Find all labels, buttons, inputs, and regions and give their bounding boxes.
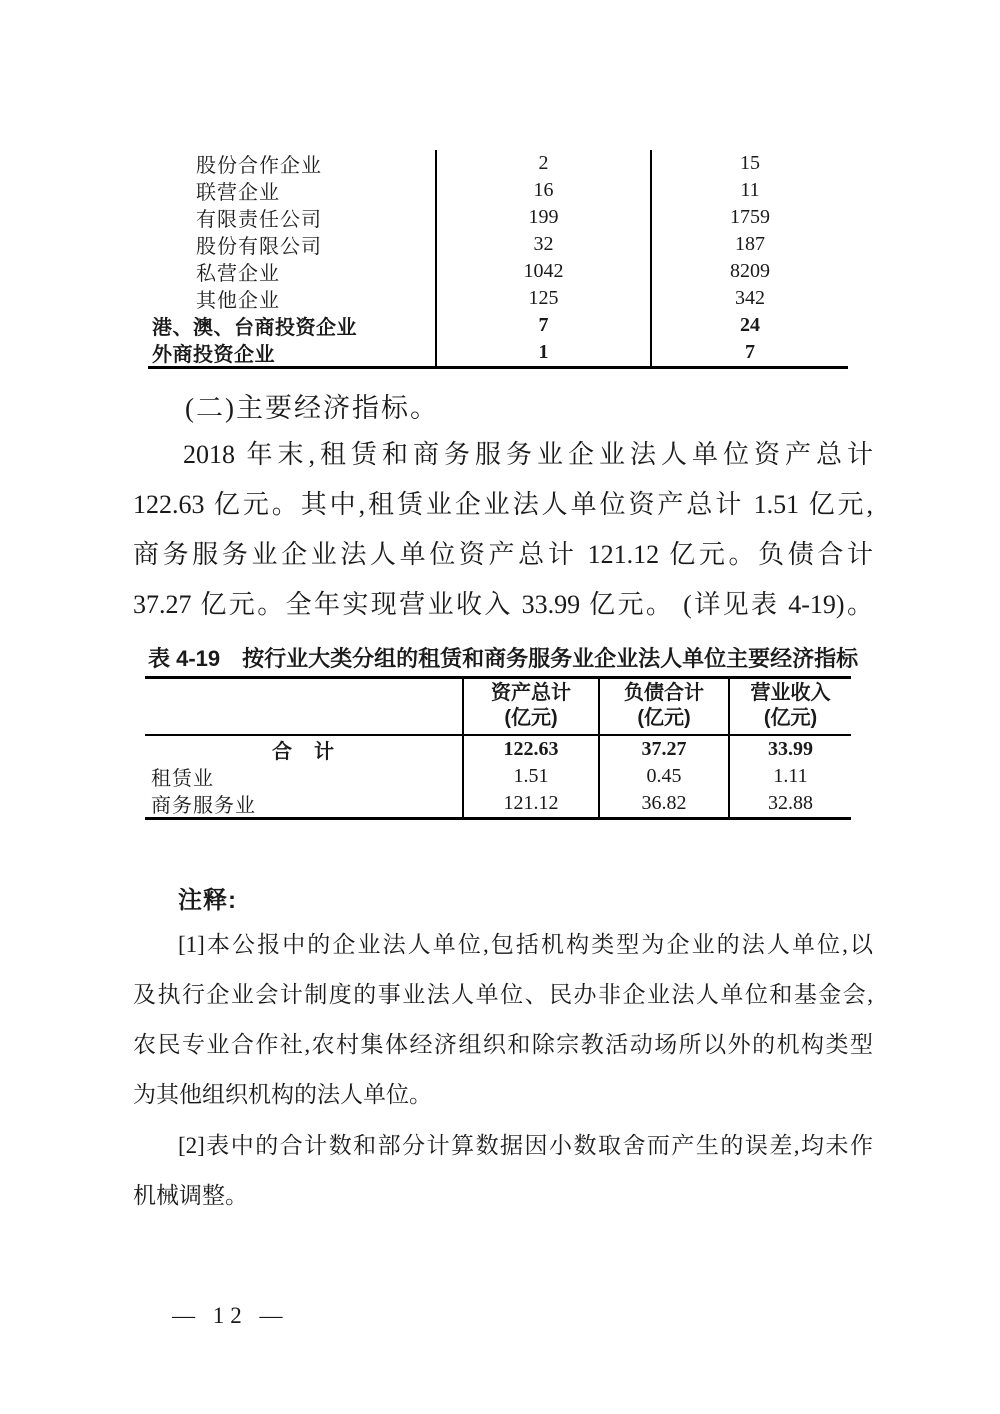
row-label: 港、澳、台商投资企业 [148,311,435,340]
table-row: 港、澳、台商投资企业 7 24 [148,312,848,339]
row-label: 股份合作企业 [148,149,435,178]
row-label: 外商投资企业 [148,338,435,367]
cell-value: 11 [650,177,848,204]
note-line: 及执行企业会计制度的事业法人单位、民办非企业法人单位和基金会, [133,970,873,1020]
cell-value: 1.51 [462,763,598,790]
cell-value: 2 [435,150,650,177]
cell-value: 342 [650,285,848,312]
column-header-line2: (亿元) [600,706,728,731]
column-header-line1: 营业收入 [730,681,851,706]
table-row: 股份合作企业 2 15 [148,150,848,177]
cell-value: 15 [650,150,848,177]
paragraph-line: 122.63 亿元。其中,租赁业企业法人单位资产总计 1.51 亿元, [133,480,873,530]
paragraph-line: 2018 年末,租赁和商务服务业企业法人单位资产总计 [133,430,873,480]
cell-value: 8209 [650,258,848,285]
column-header: 负债合计 (亿元) [598,679,728,734]
cell-value: 24 [650,312,848,339]
row-label: 商务服务业 [145,790,462,817]
cell-value: 33.99 [728,736,851,763]
note-line: [2]表中的合计数和部分计算数据因小数取舍而产生的误差,均未作 [133,1121,873,1171]
note-line: [1]本公报中的企业法人单位,包括机构类型为企业的法人单位,以 [133,920,873,970]
table-header-row: 资产总计 (亿元) 负债合计 (亿元) 营业收入 (亿元) [145,679,851,736]
cell-value: 1 [435,339,650,366]
econ-indicators-table: 资产总计 (亿元) 负债合计 (亿元) 营业收入 (亿元) 合 计 122.63… [145,676,851,820]
row-label: 其他企业 [148,284,435,313]
note-item-1: [1]本公报中的企业法人单位,包括机构类型为企业的法人单位,以 及执行企业会计制… [133,920,873,1120]
column-header-line1: 负债合计 [600,681,728,706]
notes-heading: 注释: [178,880,237,915]
row-label: 合 计 [145,736,462,763]
cell-value: 37.27 [598,736,728,763]
row-label: 股份有限公司 [148,230,435,259]
cell-value: 7 [435,312,650,339]
table-row: 商务服务业 121.12 36.82 32.88 [145,790,851,817]
paragraph-line: 商务服务业企业法人单位资产总计 121.12 亿元。负债合计 [133,530,873,580]
body-paragraph: 2018 年末,租赁和商务服务业企业法人单位资产总计 122.63 亿元。其中,… [133,430,873,630]
column-header-blank [145,679,462,734]
row-label: 联营企业 [148,176,435,205]
table-row: 租赁业 1.51 0.45 1.11 [145,763,851,790]
table-row: 外商投资企业 1 7 [148,339,848,366]
cell-value: 0.45 [598,763,728,790]
section-heading: (二)主要经济指标。 [185,386,439,425]
note-line: 农民专业合作社,农村集体经济组织和除宗教活动场所以外的机构类型 [133,1020,873,1070]
note-item-2: [2]表中的合计数和部分计算数据因小数取舍而产生的误差,均未作 机械调整。 [133,1121,873,1221]
table-title: 表 4-19 按行业大类分组的租赁和商务服务业企业法人单位主要经济指标 [148,642,854,673]
table-row: 有限责任公司 199 1759 [148,204,848,231]
cell-value: 16 [435,177,650,204]
cell-value: 7 [650,339,848,366]
column-header-line2: (亿元) [464,706,598,731]
column-header-line1: 资产总计 [464,681,598,706]
row-label: 有限责任公司 [148,203,435,232]
cell-value: 122.63 [462,736,598,763]
row-label: 私营企业 [148,257,435,286]
continued-table: 股份合作企业 2 15 联营企业 16 11 有限责任公司 199 1759 股… [148,150,848,369]
column-header-line2: (亿元) [730,706,851,731]
cell-value: 32 [435,231,650,258]
cell-value: 1.11 [728,763,851,790]
column-header: 资产总计 (亿元) [462,679,598,734]
cell-value: 121.12 [462,790,598,817]
table-row: 私营企业 1042 8209 [148,258,848,285]
table-row-total: 合 计 122.63 37.27 33.99 [145,736,851,763]
cell-value: 32.88 [728,790,851,817]
cell-value: 199 [435,204,650,231]
table-row: 股份有限公司 32 187 [148,231,848,258]
note-line: 为其他组织机构的法人单位。 [133,1070,873,1120]
cell-value: 1759 [650,204,848,231]
table-row: 联营企业 16 11 [148,177,848,204]
cell-value: 125 [435,285,650,312]
table-row: 其他企业 125 342 [148,285,848,312]
row-label: 租赁业 [145,763,462,790]
cell-value: 36.82 [598,790,728,817]
column-header: 营业收入 (亿元) [728,679,851,734]
cell-value: 1042 [435,258,650,285]
paragraph-line: 37.27 亿元。全年实现营业收入 33.99 亿元。 (详见表 4-19)。 [133,580,873,630]
cell-value: 187 [650,231,848,258]
note-line: 机械调整。 [133,1171,873,1221]
page-number: — 12 — [172,1303,289,1329]
